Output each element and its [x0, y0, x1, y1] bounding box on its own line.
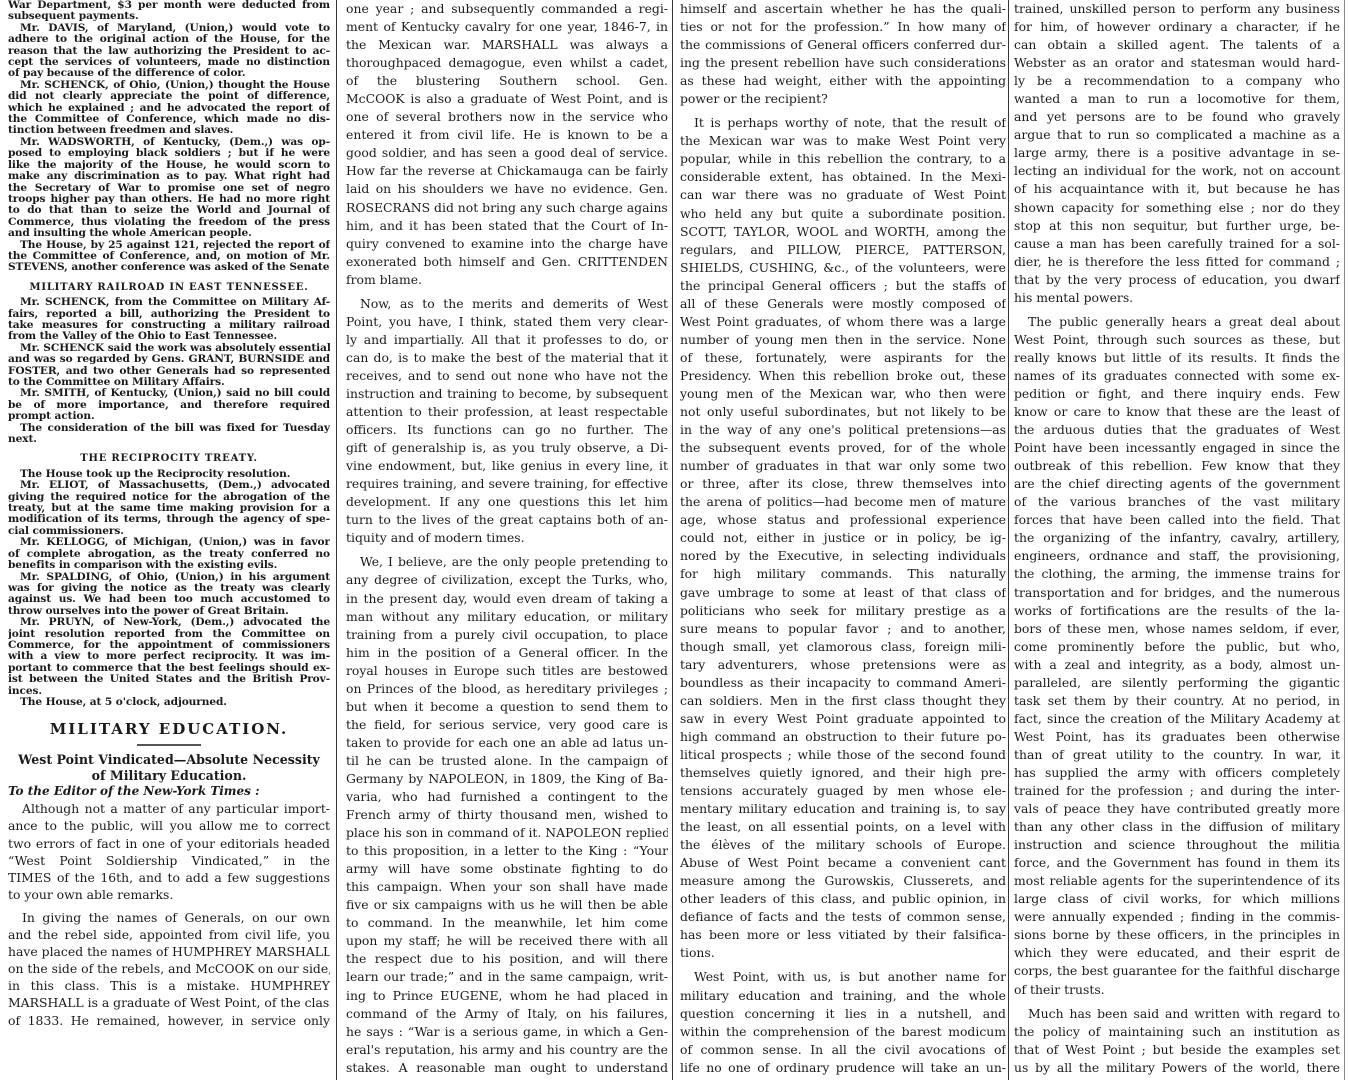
text-line: not only useful subordinates, but not li…: [680, 403, 1006, 421]
section-heading: MILITARY EDUCATION.: [8, 720, 330, 738]
text-line: and the rebel side, appointed from civil…: [8, 926, 330, 943]
text-line: than any other class in the diffusion of…: [1014, 818, 1340, 836]
text-line: outbreak of this rebellion. Few know tha…: [1014, 457, 1340, 475]
text-line: large class of civil works, for which mi…: [1014, 890, 1340, 908]
text-line: to the Committee on Military Affairs.: [8, 377, 330, 388]
text-line: the policy of maintaining such an instit…: [1014, 1023, 1340, 1041]
text-line: make any discrimination as to pay. What …: [8, 171, 330, 182]
text-line: than of great utility to the country. In…: [1014, 746, 1340, 764]
text-line: within the comprehension of the barest m…: [680, 1023, 1006, 1041]
text-line: has supplied the army with officers comp…: [1014, 764, 1340, 782]
text-line: and was so regarded by Gens. GRANT, BURN…: [8, 354, 330, 365]
text-line: him in the position of a General officer…: [346, 644, 668, 662]
text-line: Mr. SPALDING, of Ohio, (Union,) in his a…: [8, 572, 330, 583]
treaty-section: THE RECIPROCITY TREATY. The House took u…: [8, 453, 330, 708]
text-line: the respect due to his position, and wil…: [346, 950, 668, 968]
text-line: who held any but quite a subordinate pos…: [680, 205, 1006, 223]
text-line: the subsequent events proved, for of the…: [680, 439, 1006, 457]
text-line: number of graduates in that war only som…: [680, 457, 1006, 475]
text-line: sions borne by these officers, in the pr…: [1014, 926, 1340, 944]
text-line: entered it from civil life. He is known …: [346, 126, 668, 144]
text-line: next.: [8, 434, 330, 445]
text-line: SCOTT, TAYLOR, WOOL and WORTH, among the: [680, 223, 1006, 241]
text-line: life no one of ordinary prudence will ta…: [680, 1059, 1006, 1077]
text-line: task set them by their country. At no pe…: [1014, 692, 1340, 710]
column-4: trained, unskilled person to perform any…: [1014, 0, 1340, 1080]
text-line: power or the recipient?: [680, 90, 1006, 108]
text-line: ing the present rebellion have such cons…: [680, 54, 1006, 72]
text-line: Mr. SCHENCK said the work was absolutely…: [8, 343, 330, 354]
text-line: shown capacity for something else ; nor …: [1014, 199, 1340, 217]
text-line: modification of its terms, through the a…: [8, 514, 330, 525]
railroad-section: MILITARY RAILROAD IN EAST TENNESSEE. Mr.…: [8, 282, 330, 446]
text-line: works of fortifications are the results …: [1014, 602, 1340, 620]
text-line: defiance of facts and the tests of commo…: [680, 908, 1006, 926]
text-line: turn to the lives of the great captains …: [346, 511, 668, 529]
text-line: come prominently before the public, but …: [1014, 638, 1340, 656]
text-line: really knows but little of its results. …: [1014, 349, 1340, 367]
text-line: Mr. SMITH, of Kentucky, (Union,) said no…: [8, 388, 330, 399]
text-line: fact, since the creation of the Military…: [1014, 710, 1340, 728]
text-line: argue that to run so complicated a machi…: [1014, 126, 1340, 144]
text-line: in this class. This is a mistake. HUMPHR…: [8, 977, 330, 994]
text-line: which he explained ; and he advocated th…: [8, 103, 330, 114]
text-line: the principal General officers ; but the…: [680, 277, 1006, 295]
text-line: til he can be trusted alone. In the camp…: [346, 752, 668, 770]
text-line: the commissions of General officers conf…: [680, 36, 1006, 54]
text-line: and yet persons are to be found who grav…: [1014, 108, 1340, 126]
text-line: upon my staff; he will be received there…: [346, 932, 668, 950]
text-line: treaty, but at the same time making prov…: [8, 503, 330, 514]
text-line: measure among the Gurowskis, Clusserets,…: [680, 872, 1006, 890]
text-line: can do, is to make the best of the mater…: [346, 349, 668, 367]
text-line: Mr. WADSWORTH, of Kentucky, (Dem.,) was …: [8, 137, 330, 148]
text-line: mentary military education and training …: [680, 800, 1006, 818]
text-line: of the blustering Southern school. Gen.: [346, 72, 668, 90]
text-line: Point, you have, I think, stated them ve…: [346, 313, 668, 331]
text-line: two errors of fact in one of your editor…: [8, 835, 330, 852]
text-line: stop at this non sequitur, but further u…: [1014, 217, 1340, 235]
text-line: the clothing, the arming, the immense tr…: [1014, 565, 1340, 583]
text-line: military education and training, and the…: [680, 987, 1006, 1005]
text-line: corps, the best guarantee for the faithf…: [1014, 962, 1340, 980]
text-line: TIMES of the 16th, and to add a few sugg…: [8, 869, 330, 886]
text-line: the Committee of Conference, which made …: [8, 114, 330, 125]
text-line: inces.: [8, 686, 330, 697]
column-3: himself and ascertain whether he has the…: [680, 0, 1006, 1080]
text-line: West Point, through such sources as thes…: [1014, 331, 1340, 349]
text-line: on Princes of the blood, as hereditary p…: [346, 680, 668, 698]
column-rule: [1008, 0, 1009, 1080]
text-line: the élèves of the military schools of Eu…: [680, 836, 1006, 854]
text-line: regulars, and PILLOW, PIERCE, PATTERSON,: [680, 241, 1006, 259]
text-line: of these, fortunately, were aspirants fo…: [680, 349, 1006, 367]
text-line: prompt action.: [8, 411, 330, 422]
text-line: to your own able remarks.: [8, 886, 330, 903]
column-rule: [672, 0, 673, 1080]
text-line: this campaign. When your son shall have …: [346, 878, 668, 896]
text-line: high command an obstruction to their fut…: [680, 728, 1006, 746]
text-line: could not, either in justice or in polic…: [680, 529, 1006, 547]
text-line: Mr. KELLOGG, of Michigan, (Union,) was i…: [8, 537, 330, 548]
text-line: vine endowment, but, like genius in ever…: [346, 457, 668, 475]
text-line: It is perhaps worthy of note, that the r…: [680, 114, 1006, 132]
text-line: the Committee of Conference, and, on mot…: [8, 251, 330, 262]
text-line: posed to employing black soldiers ; but …: [8, 148, 330, 159]
text-line: have placed the names of HUMPHREY MARSHA…: [8, 943, 330, 960]
text-line: as these had weight, either with the app…: [680, 72, 1006, 90]
text-line: in the present day, would even dream of …: [346, 590, 668, 608]
text-line: West Point, with us, is but another name…: [680, 968, 1006, 986]
column-rule: [336, 0, 337, 1080]
text-line: development. If any one questions this l…: [346, 493, 668, 511]
text-line: lecting an individual for the work, not …: [1014, 162, 1340, 180]
text-line: number of young men then in the service.…: [680, 331, 1006, 349]
text-line: litical prospects ; while those of the s…: [680, 746, 1006, 764]
text-line: take measures for constructing a militar…: [8, 320, 330, 331]
congress-report: War Department, $3 per month were deduct…: [8, 0, 330, 274]
text-line: STEVENS, another conference was asked of…: [8, 262, 330, 273]
text-line: ly be a recommendation to a company who: [1014, 72, 1340, 90]
text-line: varia, who had furnished a contingent to…: [346, 788, 668, 806]
text-line: for high military commands. This natural…: [680, 565, 1006, 583]
text-line: one of several brothers now in the servi…: [346, 108, 668, 126]
text-line: Mr. PRUYN, of New-York, (Dem.,) advocate…: [8, 617, 330, 628]
text-line: Mr. SCHENCK, from the Committee on Milit…: [8, 297, 330, 308]
text-line: trained, unskilled person to perform any…: [1014, 0, 1340, 18]
text-line: the arduous duties that the graduates of…: [1014, 421, 1340, 439]
text-line: can soldiers. Men in the first class tho…: [680, 692, 1006, 710]
text-line: did not clearly appreciate the point of …: [8, 91, 330, 102]
text-line: The House, at 5 o'clock, adjourned.: [8, 697, 330, 708]
text-line: pedition or fight, and there inquiry end…: [1014, 385, 1340, 403]
text-line: ties or not for the profession.” In how …: [680, 18, 1006, 36]
text-line: troops higher pay than others. He had no…: [8, 194, 330, 205]
text-line: transportation and for bridges, and the …: [1014, 584, 1340, 602]
text-line: MARSHALL is a graduate of West Point, of…: [8, 994, 330, 1011]
text-line: can obtain a skilled agent. The talents …: [1014, 36, 1340, 54]
text-line: that of West Point ; but beside the exam…: [1014, 1041, 1340, 1059]
text-line: popular, while in this rebellion the con…: [680, 150, 1006, 168]
text-line: joint resolution reported from the Commi…: [8, 629, 330, 640]
text-line: of complete abrogation, as the treaty co…: [8, 549, 330, 560]
text-line: know or care to know that these are the …: [1014, 403, 1340, 421]
text-line: throw ourselves into the power of Great …: [8, 606, 330, 617]
text-line: with a view to more perfect reciprocity.…: [8, 651, 330, 662]
text-line: Germany by NAPOLEON, in 1809, the King o…: [346, 770, 668, 788]
text-line: boundless as their incapacity to command…: [680, 674, 1006, 692]
text-line: Webster as an orator and statesman would…: [1014, 54, 1340, 72]
text-line: cial commissioners.: [8, 526, 330, 537]
text-line: wanted a man to run a locomotive for the…: [1014, 90, 1340, 108]
text-line: instruction and science throughout the m…: [1014, 836, 1340, 854]
text-line: good soldier, and has seen a good deal o…: [346, 144, 668, 162]
text-line: cause a man has been carefully trained f…: [1014, 235, 1340, 253]
text-line: eral's reputation, his army and his coun…: [346, 1041, 668, 1059]
text-line: with a zeal and integrity, as a body, al…: [1014, 656, 1340, 674]
text-line: and insulting the whole American people.: [8, 228, 330, 239]
text-line: young men of the Mexican war, who then w…: [680, 385, 1006, 403]
text-line: all of these Generals were mostly compos…: [680, 295, 1006, 313]
text-line: from blame.: [346, 271, 668, 289]
article-headline: West Point Vindicated—Absolute Necessity…: [8, 752, 330, 784]
text-line: The House, by 25 against 121, rejected t…: [8, 240, 330, 251]
text-line: force, and the Government has found in t…: [1014, 854, 1340, 872]
column-1: War Department, $3 per month were deduct…: [8, 0, 330, 1080]
text-line: one year ; and subsequently commanded a …: [346, 0, 668, 18]
text-line: the field, for serious service, very goo…: [346, 716, 668, 734]
article-body: one year ; and subsequently commanded a …: [346, 0, 668, 1077]
text-line: in the way of any one's political preten…: [680, 421, 1006, 439]
headline-line: of Military Education.: [8, 768, 330, 784]
section-subheading: MILITARY RAILROAD IN EAST TENNESSEE.: [8, 282, 330, 293]
column-2: one year ; and subsequently commanded a …: [346, 0, 668, 1080]
text-line: be of more importance, and therefore req…: [8, 400, 330, 411]
text-line: West Point, has its graduates been other…: [1014, 728, 1340, 746]
text-line: of the various branches of the vast mili…: [1014, 493, 1340, 511]
text-line: to this proposition, in a letter to the …: [346, 842, 668, 860]
text-line: gift of generalship is, as you truly obs…: [346, 439, 668, 457]
text-line: are the chief directing agents of the go…: [1014, 475, 1340, 493]
text-line: Abuse of West Point became a convenient …: [680, 854, 1006, 872]
text-line: The House took up the Reciprocity resolu…: [8, 469, 330, 480]
text-line: most reliable agents for the superintend…: [1014, 872, 1340, 890]
headline-line: West Point Vindicated—Absolute Necessity: [8, 752, 330, 768]
text-line: though small, yet clamorous class, forei…: [680, 638, 1006, 656]
text-line: benefits in comparison with the existing…: [8, 560, 330, 571]
text-line: against us. We had been too much accusto…: [8, 594, 330, 605]
text-line: us by all the military Powers of the wor…: [1014, 1059, 1340, 1077]
text-line: royal houses in Europe such titles are b…: [346, 662, 668, 680]
text-line: thoroughpaced demagogue, even whilst a c…: [346, 54, 668, 72]
text-line: West Point graduates, of whom there was …: [680, 313, 1006, 331]
text-line: army will have some obstinate fighting t…: [346, 860, 668, 878]
text-line: The public generally hears a great deal …: [1014, 313, 1340, 331]
text-line: he says : “War is a serious game, in whi…: [346, 1023, 668, 1041]
text-line: like the majority of the House, he would…: [8, 160, 330, 171]
text-line: laid on his shoulders we have no evidenc…: [346, 180, 668, 198]
text-line: How far the reverse at Chickamauga can b…: [346, 162, 668, 180]
text-line: saw in every West Point graduate appoint…: [680, 710, 1006, 728]
text-line: Although not a matter of any particular …: [8, 800, 330, 817]
text-line: ance to the public, will you allow me to…: [8, 817, 330, 834]
text-line: to command. In the meanwhile, let him co…: [346, 914, 668, 932]
text-line: tensions accurately guaged by men whose …: [680, 782, 1006, 800]
text-line: man without any military education, or m…: [346, 608, 668, 626]
text-line: ing to Prince EUGENE, whom he had placed…: [346, 987, 668, 1005]
text-line: tiquity and of modern times.: [346, 529, 668, 547]
text-line: subsequent payments.: [8, 11, 330, 22]
text-line: “West Point Soldiership Vindicated,” in …: [8, 852, 330, 869]
text-line: Commerce, for the appointment of commiss…: [8, 640, 330, 651]
text-line: considerable extent, has obtained. In th…: [680, 168, 1006, 186]
text-line: tary adventurers, whose pretensions were…: [680, 656, 1006, 674]
text-line: The consideration of the bill was fixed …: [8, 423, 330, 434]
text-line: themselves quietly ignored, and their hi…: [680, 764, 1006, 782]
text-line: ment of Kentucky cavalry for one year, 1…: [346, 18, 668, 36]
text-line: him, and it has been stated that the Cou…: [346, 217, 668, 235]
text-line: attention to their profession, at least …: [346, 403, 668, 421]
text-line: ist between the United States and the Br…: [8, 674, 330, 685]
text-line: was for giving the notice as the treaty …: [8, 583, 330, 594]
text-line: sure means to popular favor ; and to ano…: [680, 620, 1006, 638]
text-line: of pay because of the difference of colo…: [8, 68, 330, 79]
text-line: In giving the names of Generals, on our …: [8, 909, 330, 926]
text-line: any degree of civilization, except the T…: [346, 571, 668, 589]
text-line: large army, there is a positive advantag…: [1014, 144, 1340, 162]
text-line: Much has been said and written with rega…: [1014, 1005, 1340, 1023]
dateline: To the Editor of the New-York Times :: [8, 784, 330, 798]
text-line: ROSECRANS did not bring any such charge …: [346, 199, 668, 217]
text-line: for him, of however ordinary a character…: [1014, 18, 1340, 36]
text-line: Mr. ELIOT, of Massachusetts, (Dem.,) adv…: [8, 480, 330, 491]
text-line: stakes. A reasonable man ought to unders…: [346, 1059, 668, 1077]
text-line: tinction between freedmen and slaves.: [8, 125, 330, 136]
text-line: Mr. SCHENCK, of Ohio, (Union,) thought t…: [8, 80, 330, 91]
text-line: officers. Its functions can go no furthe…: [346, 421, 668, 439]
section-subheading: THE RECIPROCITY TREATY.: [8, 453, 330, 464]
text-line: tions.: [680, 944, 1006, 962]
article-body: trained, unskilled person to perform any…: [1014, 0, 1340, 1077]
text-line: question concerning it lies in a nutshel…: [680, 1005, 1006, 1023]
text-line: We, I believe, are the only people prete…: [346, 553, 668, 571]
text-line: the Secretary of War to promise one set …: [8, 183, 330, 194]
text-line: the organizing of the infantry, cavalry,…: [1014, 529, 1340, 547]
text-line: or three, after its close, threw themsel…: [680, 475, 1006, 493]
text-line: other leaders of this class, and public …: [680, 890, 1006, 908]
text-line: has been more or less vitiated by their …: [680, 926, 1006, 944]
text-line: Now, as to the merits and demerits of We…: [346, 295, 668, 313]
text-line: five or six campaigns with us he will th…: [346, 896, 668, 914]
text-line: instruction and training to become, by s…: [346, 385, 668, 403]
article-body: Although not a matter of any particular …: [8, 800, 330, 1028]
text-line: SHIELDS, CUSHING, &c., of the volunteers…: [680, 259, 1006, 277]
text-line: engineers, ordnance and staff, the provi…: [1014, 547, 1340, 565]
text-line: Presidency. When this rebellion broke ou…: [680, 367, 1006, 385]
text-line: from the Valley of the Ohio to East Tenn…: [8, 331, 330, 342]
text-line: bors of these men, whose names seldom, i…: [1014, 620, 1340, 638]
text-line: requires training, and severe training, …: [346, 475, 668, 493]
text-line: reason that the law authorizing the Pres…: [8, 46, 330, 57]
text-line: command of the Army of Italy, on his fai…: [346, 1005, 668, 1023]
text-line: fairs, reported a bill, authorizing the …: [8, 309, 330, 320]
text-line: nored by the Executive, in selecting ind…: [680, 547, 1006, 565]
text-line: vals of peace they have contributed grea…: [1014, 800, 1340, 818]
text-line: were annually expended ; finding in the …: [1014, 908, 1340, 926]
text-line: the arena of politics—had become men of …: [680, 493, 1006, 511]
text-line: can war there was no graduate of West Po…: [680, 186, 1006, 204]
text-line: exonerated both himself and Gen. CRITTEN…: [346, 253, 668, 271]
text-line: receives, and to send out none who have …: [346, 367, 668, 385]
text-line: gave umbrage to some at least of that cl…: [680, 584, 1006, 602]
text-line: adhere to the original action of the Hou…: [8, 34, 330, 45]
text-line: on the side of the rebels, and McCOOK on…: [8, 960, 330, 977]
text-line: quiry convened to examine into the charg…: [346, 235, 668, 253]
text-line: of 1833. He remained, however, in servic…: [8, 1012, 330, 1029]
text-line: learn our trade;” and in the same campai…: [346, 968, 668, 986]
article-body: himself and ascertain whether he has the…: [680, 0, 1006, 1077]
text-line: ly and impartially. All that it professe…: [346, 331, 668, 349]
text-line: that by the very process of education, y…: [1014, 271, 1340, 289]
text-line: portant to commerce that the best feelin…: [8, 663, 330, 674]
text-line: but when it become a question to send th…: [346, 698, 668, 716]
text-line: of their trusts.: [1014, 981, 1340, 999]
text-line: giving the required notice for the abrog…: [8, 492, 330, 503]
text-line: to do that than to seize the World and J…: [8, 205, 330, 216]
text-line: Mr. DAVIS, of Maryland, (Union,) would v…: [8, 23, 330, 34]
text-line: politicians who seek for military presti…: [680, 602, 1006, 620]
text-line: Commerce, thus violating the freedom of …: [8, 217, 330, 228]
text-line: place his son in command of it. NAPOLEON…: [346, 824, 668, 842]
text-line: Point have been incessantly engaged in s…: [1014, 439, 1340, 457]
text-line: of common sense. In all the civil avocat…: [680, 1041, 1006, 1059]
text-line: the least, on all essential points, on a…: [680, 818, 1006, 836]
text-line: age, whose status and professional exper…: [680, 511, 1006, 529]
text-line: dier, he is therefore the less fitted fo…: [1014, 253, 1340, 271]
text-line: forces that have been called into the fi…: [1014, 511, 1340, 529]
text-line: training from a purely civil occupation,…: [346, 626, 668, 644]
ornamental-divider: [137, 744, 201, 746]
text-line: taken to provide for each one an able ad…: [346, 734, 668, 752]
text-line: War Department, $3 per month were deduct…: [8, 0, 330, 11]
text-line: trained for the profession ; and during …: [1014, 782, 1340, 800]
text-line: of his acquaintance with it, but because…: [1014, 180, 1340, 198]
text-line: which they were educated, and their espr…: [1014, 944, 1340, 962]
text-line: French army of thirty thousand men, wish…: [346, 806, 668, 824]
text-line: paralleled, are silently performing the …: [1014, 674, 1340, 692]
text-line: the Mexican war was to make West Point v…: [680, 132, 1006, 150]
text-line: cept the services of volunteers, made no…: [8, 57, 330, 68]
text-line: names of its graduates connected with so…: [1014, 367, 1340, 385]
column-rule: [1344, 0, 1345, 1080]
text-line: himself and ascertain whether he has the…: [680, 0, 1006, 18]
text-line: FOSTER, and two other Generals had so re…: [8, 366, 330, 377]
text-line: his mental powers.: [1014, 289, 1340, 307]
text-line: McCOOK is also a graduate of West Point,…: [346, 90, 668, 108]
text-line: the Mexican war. MARSHALL was always a: [346, 36, 668, 54]
